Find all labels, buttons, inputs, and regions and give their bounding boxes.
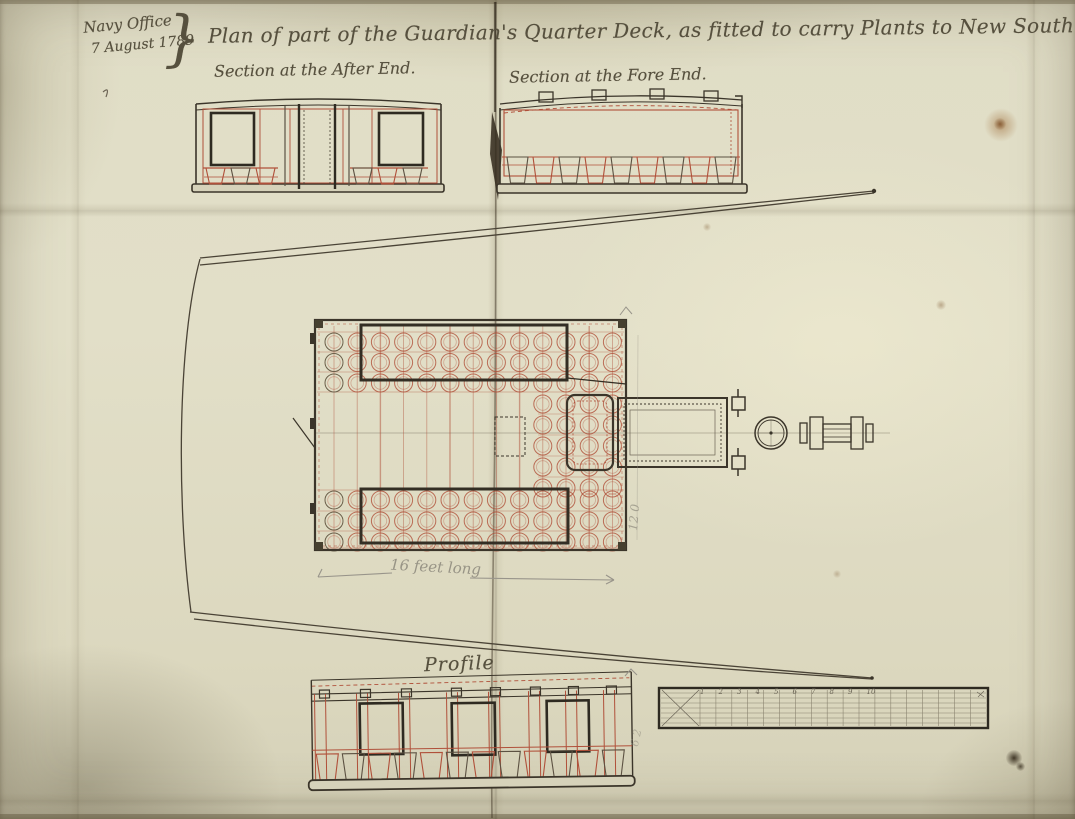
pencil-chevron bbox=[620, 307, 632, 315]
scale-bar-numbers: 12345678910 bbox=[700, 688, 890, 698]
scale-number: 10 bbox=[867, 688, 876, 696]
scale-number: 9 bbox=[848, 688, 852, 696]
profile-window bbox=[547, 700, 590, 752]
scale-number: 6 bbox=[793, 688, 797, 696]
after-end-section-drawing bbox=[192, 99, 444, 192]
fore-end-plant-pots bbox=[507, 157, 736, 183]
scale-number: 2 bbox=[719, 688, 723, 696]
scale-number: 7 bbox=[811, 688, 815, 696]
wheel-and-gear-drawing bbox=[618, 389, 873, 476]
fore-end-section-drawing bbox=[497, 89, 747, 193]
docket-flourish bbox=[103, 90, 107, 97]
cleat-lower bbox=[732, 448, 745, 476]
scale-number: 5 bbox=[774, 688, 778, 696]
brace-glyph: } bbox=[164, 2, 201, 73]
pencil-width-note: 12 0 bbox=[626, 503, 642, 531]
profile-label: Profile bbox=[424, 652, 495, 676]
cleat-upper bbox=[732, 389, 745, 417]
deck-edge-lines bbox=[181, 189, 876, 680]
deck-break-arc bbox=[181, 259, 200, 612]
dashed-hatch bbox=[495, 417, 525, 456]
scale-number: 1 bbox=[700, 688, 704, 696]
scale-number: 4 bbox=[756, 688, 760, 696]
scale-number: 8 bbox=[830, 688, 834, 696]
fore-end-label: Section at the Fore End. bbox=[509, 64, 707, 86]
after-end-label: Section at the After End. bbox=[214, 58, 416, 81]
after-end-plant-pots bbox=[206, 168, 422, 184]
manuscript-page: Navy Office 7 August 1789 } Plan of part… bbox=[0, 0, 1075, 819]
plan-drawing-canvas bbox=[0, 0, 1075, 819]
profile-drawing bbox=[307, 672, 635, 791]
scale-number: 3 bbox=[737, 688, 741, 696]
steering-wheel bbox=[755, 417, 787, 449]
skylight-box bbox=[618, 398, 727, 467]
profile-window bbox=[360, 703, 404, 755]
